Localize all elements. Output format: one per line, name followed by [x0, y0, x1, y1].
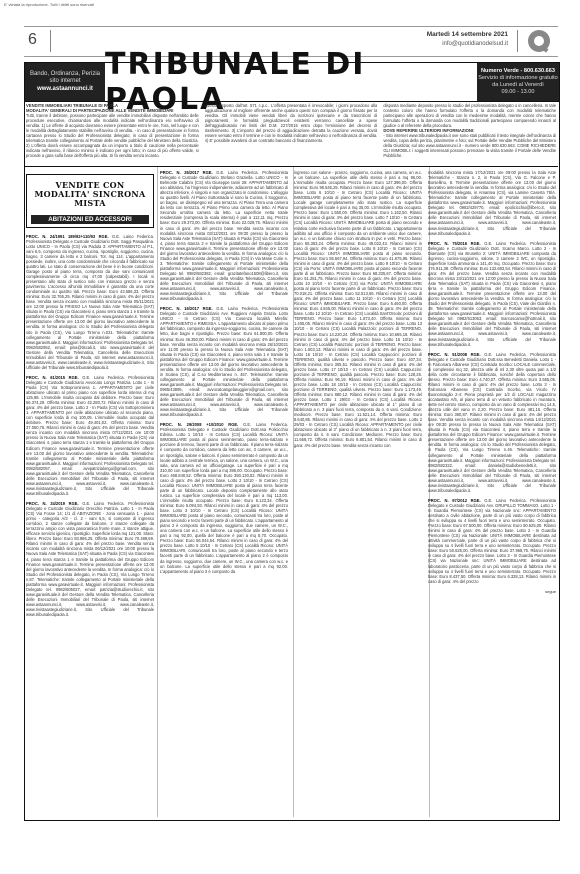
column-1: VENDITE CON MODALITA' SINCRONA MISTA ABI… [26, 170, 154, 815]
listing: PROC. N. 61/2015 RGE. G.E. Laino Federic… [26, 375, 154, 496]
intro-text: disposta mediante deposito presso lo stu… [383, 103, 556, 128]
banner-hours: 09.00 - 13.00 [477, 89, 559, 96]
toll-free-number: Numero Verde - 800.630.663 [477, 68, 559, 75]
listing-body: G.E. Laino Federica. Professionista Dele… [428, 241, 556, 347]
listing: PROC. N. 75/2016 RGE. G.E. Laino Federic… [428, 241, 556, 347]
listing: PROC. N. 26/2017 RGE. G.E. Laino Federic… [160, 170, 288, 301]
section-title: VENDITE CON MODALITA' SINCRONA MISTA [31, 181, 149, 209]
listing-body: G.E. Laino Federica. Professionista Dele… [428, 352, 556, 493]
banner-title: TRIBUNALE DI PAOLA [105, 63, 477, 101]
header-divider-right [517, 30, 518, 52]
banner-info-right: Numero Verde - 800.630.663 Servizio di i… [477, 63, 559, 101]
listing-continued: modalità sincrona mista 17/12/2021 ore 0… [428, 170, 556, 236]
column-2: PROC. N. 26/2017 RGE. G.E. Laino Federic… [160, 170, 288, 815]
column-3: ingresso con salone - pranzo, soggiorno,… [294, 170, 422, 815]
continued-marker: segue [428, 589, 556, 594]
listing-body: G.E. Laino Federica. Professionista Dele… [428, 498, 556, 584]
intro-text: questo disposto dall'art. 571 c.p.c.. L'… [205, 103, 378, 143]
listing-body: ingresso con salone - pranzo, soggiorno,… [294, 170, 422, 448]
listing: PROC. N. 34/2019 RGE. G.E. Laino Federic… [26, 501, 154, 617]
banner-left-line1: Bando, Ordinanza, Perizia [25, 71, 105, 79]
listing: PROC. N. 51/2008 RGE. G.E. Laino Federic… [428, 352, 556, 493]
intro-col-3: disposta mediante deposito presso lo stu… [383, 103, 556, 159]
listing-body: G.E. Laino Federica. Professionista Dele… [26, 375, 154, 496]
listing-body: modalità sincrona mista 17/12/2021 ore 0… [428, 170, 556, 236]
intro-col-1: VENDITE IMMOBILIARI TRIBUNALE DI PAOLA M… [26, 103, 199, 159]
banner-right-line1: Servizio di informazione gratuito [477, 75, 559, 82]
page-number: 6 [28, 31, 37, 49]
listing: PROC. N. 24/1991 189/92+110/93 RGE. G.E.… [26, 234, 154, 370]
listing: PROC. N. 97/2012 RGE. G.E. Laino Federic… [428, 498, 556, 584]
listing: PROC. N. 29/2008 +10/2010 RGE. G.E. Lain… [160, 422, 288, 573]
banner-info-left: Bando, Ordinanza, Perizia sito internet … [25, 63, 105, 101]
intro-text: - Sito internet www.tribunaledipaola.it … [383, 133, 556, 158]
intro-col-2: questo disposto dall'art. 571 c.p.c.. L'… [205, 103, 378, 159]
section-subtitle: ABITAZIONI ED ACCESSORI [31, 215, 149, 224]
header-divider [50, 30, 51, 52]
listing: PROC. N. 16/2017 RGE. G.E. Laino Federic… [160, 306, 288, 417]
banner-left-line2: sito internet [25, 78, 105, 86]
listing-body: G.E. Laino Federica. Professionista Dele… [160, 306, 288, 417]
listings-columns: VENDITE CON MODALITA' SINCRONA MISTA ABI… [26, 170, 556, 815]
tribunal-banner: Bando, Ordinanza, Perizia sito internet … [24, 62, 560, 102]
column-4: modalità sincrona mista 17/12/2021 ore 0… [428, 170, 556, 815]
header-top-rule [24, 26, 558, 27]
listing-body: G.E. Laino Federica. Professionista Dele… [26, 234, 154, 370]
listing-body: G.E. Laino Federica. Professionista Dele… [160, 170, 288, 301]
listing-body: G.E. Laino Federica. Professionista Dele… [26, 501, 154, 617]
issue-date: Martedì 14 settembre 2021 [427, 31, 508, 38]
banner-right-line2: da Lunedì al Venerdì [477, 82, 559, 89]
listing-body: G.E. Laino Federica. Professionista Dele… [160, 422, 288, 573]
intro-text: Tutti, tranne il debitore, possono parte… [26, 113, 199, 158]
intro-divider [24, 166, 558, 167]
copyright-notice: E' vietata la riproduzione. Tutti i diri… [4, 2, 94, 7]
banner-website-link[interactable]: www.astaannunci.it [25, 86, 105, 94]
listing-continued: ingresso con salone - pranzo, soggiorno,… [294, 170, 422, 448]
newspaper-logo-icon [528, 30, 550, 52]
section-header: VENDITE CON MODALITA' SINCRONA MISTA ABI… [26, 174, 154, 228]
general-terms-section: VENDITE IMMOBILIARI TRIBUNALE DI PAOLA M… [26, 103, 556, 159]
